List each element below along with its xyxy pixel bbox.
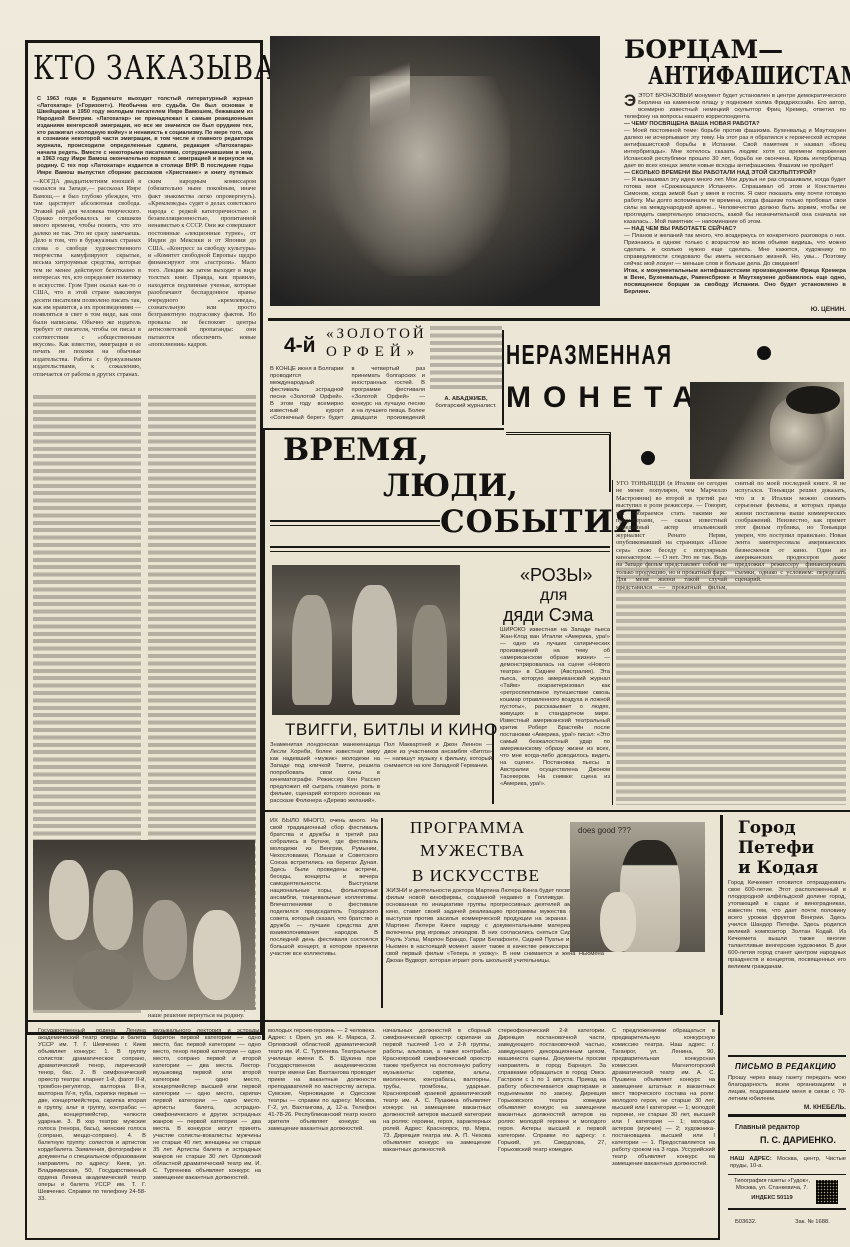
kto-lead: С 1963 года в Будапеште выходит толстый … <box>37 96 253 176</box>
vremya-left-rule <box>262 430 265 1040</box>
chief-editor-name: П. С. ДАРИЕНКО. <box>760 1135 836 1145</box>
actor-figure-3 <box>412 605 447 705</box>
printer-info: Типография газеты «Гудок», Москва, ул. С… <box>732 1178 812 1194</box>
newspaper-page: КТО ЗАКАЗЫВАЕТ? С 1963 года в Будапеште … <box>0 0 850 1247</box>
footer-rule-4 <box>728 1208 846 1210</box>
ads-col-4: начальных должностей в сборный симфониче… <box>383 1028 491 1233</box>
vremya-rule-a <box>270 520 440 522</box>
index-number: ИНДЕКС 50119 <box>732 1195 812 1202</box>
moneta-text-cont <box>616 560 846 805</box>
gorod-headline-2: Петефи <box>738 838 814 858</box>
bortsam-headline-2: АНТИФАШИСТАМ <box>648 62 850 90</box>
address-label: НАШ АДРЕС: <box>730 1156 772 1162</box>
bortsam-a2: — Я вынашивал эту идею много лет. Мои др… <box>624 177 846 225</box>
address-block: НАШ АДРЕС: Москва, центр, Чистые пруды, … <box>730 1156 846 1172</box>
pismo-text: Прошу через вашу газету передать мою бла… <box>728 1075 846 1105</box>
gorod-bottom-rule <box>728 1055 846 1057</box>
bortsam-q2: — СКОЛЬКО ВРЕМЕНИ ВЫ РАБОТАЛИ НАД ЭТОЙ С… <box>624 170 816 176</box>
tognazzi-photo <box>690 382 844 479</box>
moneta-sidebox <box>506 432 611 492</box>
tvigi-text-1: Знаменитая лондонская манекенщица Лесли … <box>270 742 380 804</box>
child-figure <box>600 892 636 952</box>
vremya-frame-top <box>262 428 504 430</box>
actor-figure-2 <box>352 585 397 705</box>
bortsam-closing: Итак, к монументальным антифашистским пр… <box>624 268 846 295</box>
chief-editor-label: Главный редактор <box>735 1124 845 1131</box>
sculpture-photo <box>270 36 600 306</box>
bortsam-intro: ЭТОТ БРОНЗОВЫЙ монумент будет установлен… <box>624 93 846 120</box>
divider-top <box>268 318 850 321</box>
programma-headline-2: МУЖЕСТВА <box>420 841 525 861</box>
tvigi-headline: ТВИГГИ, БИТЛЫ И КИНО <box>285 720 498 740</box>
pismo-headline: ПИСЬМО В РЕДАКЦИЮ <box>735 1062 837 1071</box>
bortsam-q1: — ЧЕМУ ПОСВЯЩЕНА ВАША НОВАЯ РАБОТА? <box>624 121 760 127</box>
rozy-photo <box>272 565 460 715</box>
moneta-headline-1: НЕРАЗМЕННАЯ <box>506 338 672 372</box>
kto-col2-text: ским народным комиссаром (обязательно ны… <box>148 178 256 348</box>
vremya-rule-b <box>270 525 440 526</box>
ads-col-3: молодых героев-героинь — 2 человека. Адр… <box>268 1028 376 1233</box>
programma-headline-1: ПРОГРАММА <box>410 818 525 838</box>
bullet-dot-top <box>757 346 771 360</box>
gorod-text: Город Кечкемет готовится отпраздновать с… <box>728 880 846 1052</box>
folk-figure-4 <box>193 910 241 1000</box>
tognazzi-hair <box>786 386 840 414</box>
folk-figure-2 <box>93 870 133 950</box>
rozy-headline-3: дяди Сэма <box>503 605 593 626</box>
bullet-dot-bottom <box>641 451 655 465</box>
pismo-signature: М. КНЕБЕЛЬ. <box>728 1104 846 1111</box>
tvigi-text-2: Пол Маккартней и Джон Леннон — двое из у… <box>384 742 492 804</box>
sculpture-figure <box>330 76 510 276</box>
code-number: Б03632. <box>735 1219 775 1226</box>
vremya-line-1: ВРЕМЯ, <box>283 432 429 468</box>
vremya-line-2: ЛЮДИ, <box>383 468 518 504</box>
orfei-headline-2: ОРФЕЙ» <box>326 344 420 361</box>
order-number: Зак. № 1688. <box>795 1219 845 1226</box>
ikh-bylo-text: ИХ БЫЛО МНОГО, очень много. На свой трад… <box>270 818 378 1008</box>
bortsam-q3: — НАД ЧЕМ ВЫ РАБОТАЕТЕ СЕЙЧАС? <box>624 226 736 232</box>
rozy-headline-2: для <box>540 587 567 605</box>
ads-col-2: музыкального лектория и эстрады: баритон… <box>153 1028 261 1233</box>
orfei-number: 4-й <box>284 334 316 358</box>
rozy-text: ШИРОКО известная на Западе пьеса Жан-Кло… <box>500 627 610 807</box>
vremya-rule-c <box>270 546 610 548</box>
folk-ensemble-photo <box>33 840 255 1010</box>
bortsam-a1: — Моей постоянной теме: борьбе против фа… <box>624 128 846 169</box>
vremya-rule-d <box>270 551 610 552</box>
footer-rule-1 <box>728 1114 846 1117</box>
ads-col-5: стереофонический 2-й категории. Дирекция… <box>498 1028 606 1233</box>
bortsam-author: Ю. ЦЕНИН. <box>780 306 846 313</box>
moneta-left-rule <box>612 480 613 805</box>
kto-headline: КТО ЗАКАЗЫВАЕТ? <box>33 48 259 88</box>
gorod-headline-1: Город <box>738 818 796 838</box>
barcode-icon <box>816 1180 838 1204</box>
orfei-author: А. АБАДЖИЕВ, <box>430 396 502 403</box>
orfei-right-rule <box>502 330 504 425</box>
rozy-headline-1: «РОЗЫ» <box>520 565 592 586</box>
orfei-headline-1: «ЗОЛОТОЙ <box>326 326 427 343</box>
ads-col-6: С предложениями обращаться в предварител… <box>612 1028 715 1233</box>
bortsam-body: Э ЭТОТ БРОНЗОВЫЙ монумент будет установл… <box>624 93 846 308</box>
programma-headline-3: В ИСКУССТВЕ <box>412 866 540 886</box>
photo-caption-graffiti: does good ??? <box>578 826 631 835</box>
programma-left-rule <box>381 818 383 1008</box>
programma-photo: does good ??? <box>570 822 705 952</box>
actor-figure-1 <box>292 595 332 705</box>
orfei-author-title: болгарский журналист. <box>430 403 502 410</box>
folk-figure-1 <box>49 860 89 940</box>
tvigi-right-rule <box>492 724 494 804</box>
kto-col1-text: —КОГДА двадцатилетним юношей я оказался … <box>33 178 141 378</box>
divider-mid <box>262 810 850 812</box>
orfei-col3-lines <box>430 326 502 392</box>
orfei-body: В КОНЦЕ июня в Болгарии проводится между… <box>270 366 425 422</box>
footer-rule-2 <box>728 1150 846 1151</box>
sculpture-raised-arm <box>370 36 410 156</box>
footer-rule-3 <box>728 1174 846 1175</box>
bortsam-dropcap: Э <box>624 93 636 108</box>
bortsam-headline-1: БОРЦАМ— <box>624 36 783 64</box>
folk-figure-5 <box>73 950 133 1010</box>
gorod-left-rule <box>720 815 723 1015</box>
bortsam-a3: — Планов и желаний так много, что воздер… <box>624 233 846 267</box>
gorod-headline-3: и Кодая <box>738 858 818 878</box>
moneta-headline-2: МОНЕТА <box>506 380 706 416</box>
ads-col-1: Государственный ордена Ленина академичес… <box>38 1028 146 1233</box>
folk-figure-3 <box>143 900 187 980</box>
